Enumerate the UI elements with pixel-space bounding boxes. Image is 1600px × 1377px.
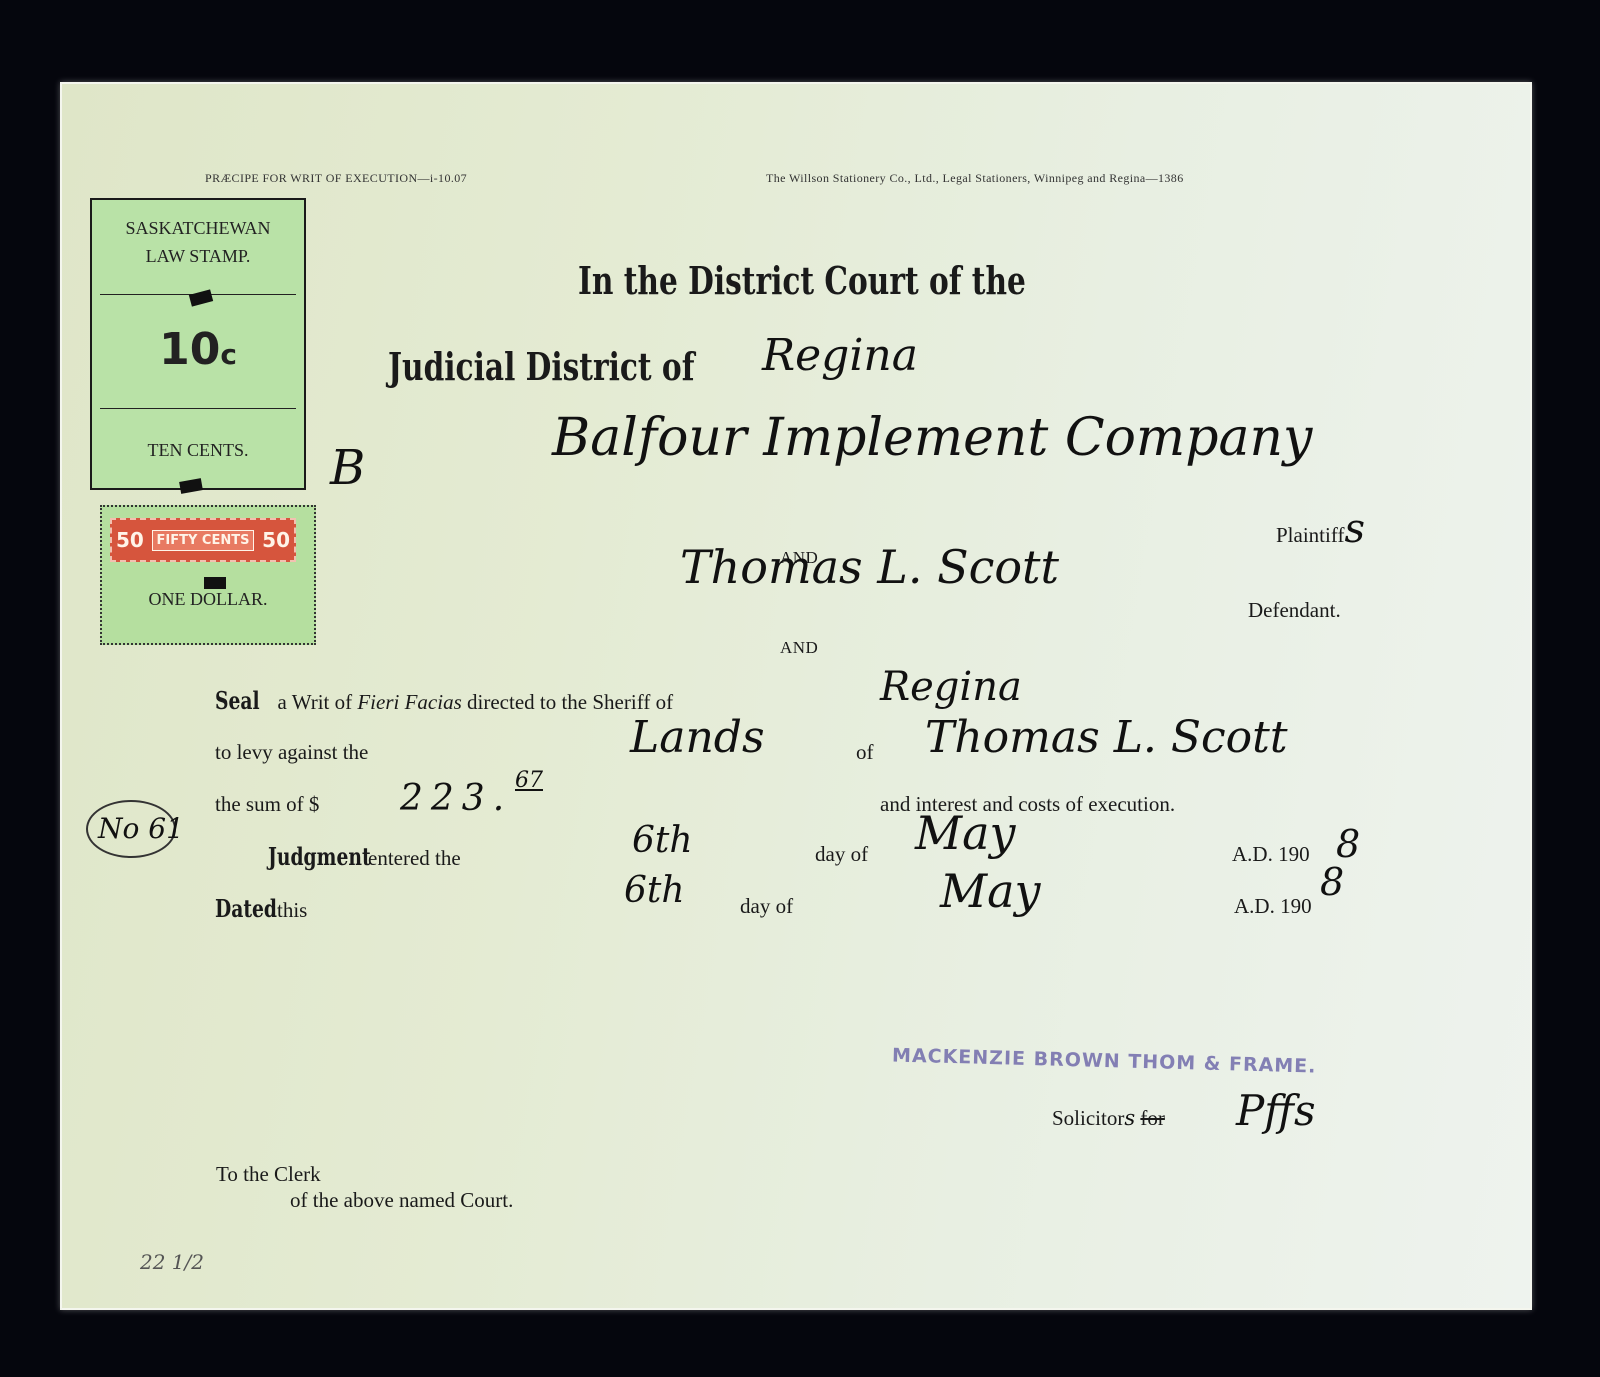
levy-against-name-handwritten: Thomas L. Scott [925, 712, 1288, 763]
of-label: of [856, 740, 874, 765]
judgment-month-handwritten: May [915, 806, 1016, 860]
defendant-label: Defendant. [1248, 598, 1341, 623]
plaintiff-label: Plaintiffs [1276, 506, 1365, 552]
day-of-label: day of [740, 894, 793, 919]
ad-label: A.D. 190 [1234, 894, 1312, 919]
dated-line: Datedthis [215, 894, 307, 923]
form-header-left: PRÆCIPE FOR WRIT OF EXECUTION—i-10.07 [205, 171, 467, 186]
red-stamp-label: FIFTY CENTS [152, 530, 255, 551]
plaintiff-name-handwritten: Balfour Implement Company [552, 408, 1312, 468]
solicitor-for-handwritten: Pffs [1236, 1086, 1316, 1135]
law-stamp-ten-cents: SASKATCHEWAN LAW STAMP. 10c TEN CENTS. [90, 198, 306, 490]
clerk-line1: To the Clerk [216, 1162, 321, 1187]
stamp-value: 10c [92, 324, 304, 375]
clerk-line2: of the above named Court. [290, 1188, 513, 1213]
margin-mark: B [330, 440, 365, 496]
stamp-words: TEN CENTS. [92, 440, 304, 461]
levy-property-handwritten: Lands [630, 712, 765, 763]
sum-amount-handwritten: 223. [400, 778, 512, 819]
and-label: AND [780, 638, 818, 658]
dated-year-handwritten: 8 [1320, 860, 1344, 904]
solicitor-line: Solicitors for [1052, 1106, 1165, 1131]
sum-cents-handwritten: 67 [515, 768, 543, 793]
judgment-line: Judgmententered the [268, 842, 461, 871]
judgment-day-handwritten: 6th [632, 820, 693, 861]
district-title: Judicial District of [388, 344, 694, 389]
levy-label: to levy against the [215, 740, 368, 765]
red-stamp-right-value: 50 [262, 528, 290, 552]
stamp-dollar-words: ONE DOLLAR. [102, 589, 314, 610]
form-header-right: The Willson Stationery Co., Ltd., Legal … [766, 171, 1184, 186]
district-handwritten: Regina [762, 330, 918, 381]
sum-label: the sum of $ [215, 792, 319, 817]
sheriff-district-handwritten: Regina [880, 664, 1022, 710]
dated-month-handwritten: May [940, 864, 1041, 918]
corner-note-handwritten: 22 1/2 [140, 1250, 204, 1274]
red-stamp-left-value: 50 [116, 528, 144, 552]
defendant-name-handwritten: Thomas L. Scott [680, 540, 1059, 594]
stamp-line2: LAW STAMP. [92, 246, 304, 267]
court-title: In the District Court of the [578, 258, 1026, 303]
ad-label: A.D. 190 [1232, 842, 1310, 867]
stamp-line1: SASKATCHEWAN [92, 218, 304, 239]
cancel-punch-mark [204, 577, 226, 589]
dated-day-handwritten: 6th [624, 870, 685, 911]
seal-line: Seal a Writ of Fieri Facias directed to … [215, 686, 673, 715]
file-number-handwritten: No 61 [98, 812, 184, 845]
red-revenue-stamp: 50 FIFTY CENTS 50 [110, 518, 296, 562]
day-of-label: day of [815, 842, 868, 867]
cancel-punch-mark [189, 289, 213, 306]
